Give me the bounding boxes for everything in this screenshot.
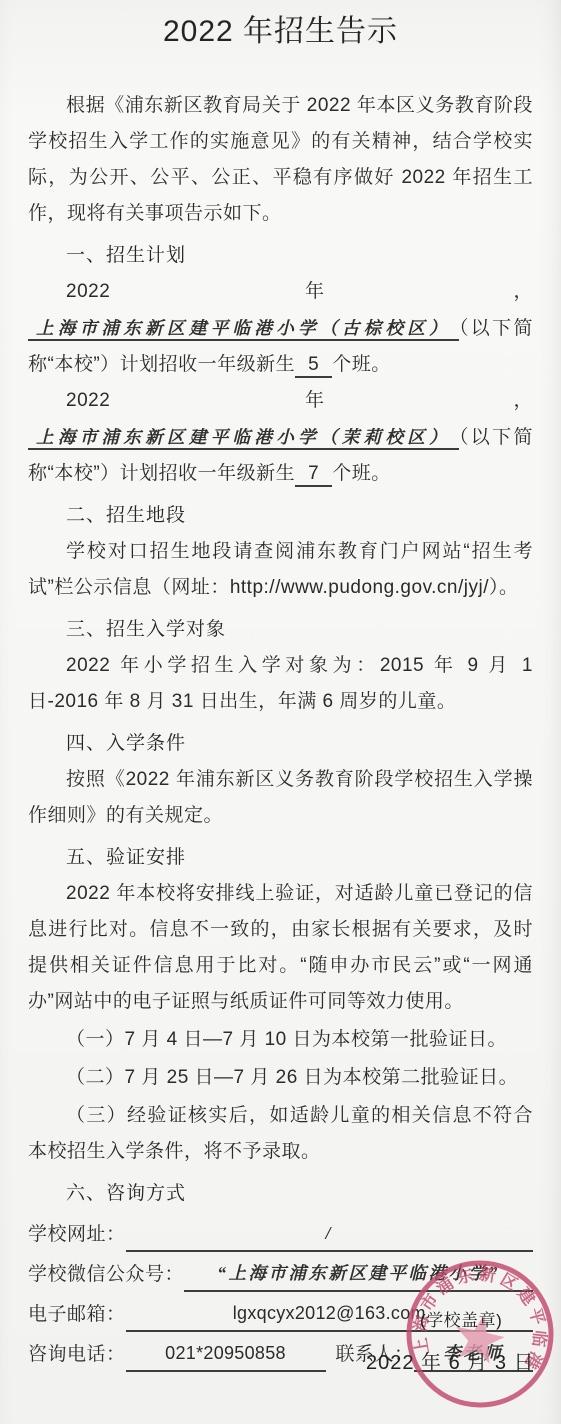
section-heading-target: 三、招生入学对象 [28,612,533,648]
target-paragraph: 2022 年小学招生入学对象为：2015 年 9 月 1 日-2016 年 8 … [28,648,533,720]
class-count-blank: 5 [295,354,332,378]
verification-batch-1: （一）7 月 4 日—7 月 10 日为本校第一批验证日。 [28,1022,533,1058]
section-heading-verification: 五、验证安排 [28,840,533,876]
stamp-note: (学校盖章) [420,1306,502,1331]
plan-item-prefix: 2022 年， [66,281,533,302]
email-label: 电子邮箱： [28,1298,126,1332]
phone-value-blank: 021*20950858 [126,1336,326,1372]
intro-paragraph: 根据《浦东新区教育局关于 2022 年本区义务教育阶段学校招生入学工作的实施意见… [28,88,533,232]
condition-paragraph: 按照《2022 年浦东新区义务教育阶段学校招生入学操作细则》的有关规定。 [28,762,533,834]
class-count-blank: 7 [295,463,332,487]
section-heading-condition: 四、入学条件 [28,726,533,762]
school-seal-stamp: 上海市浦东新区建平临港小学 [402,1256,558,1412]
section-heading-district: 二、招生地段 [28,498,533,534]
plan-item-suffix: 个班。 [332,463,391,484]
verification-paragraph: 2022 年本校将安排线上验证，对适龄儿童已登记的信息进行比对。信息不一致的，由… [28,876,533,1020]
plan-item-gusong: 2022 年，上海市浦东新区建平临港小学（古棕校区）（以下简称“本校”）计划招收… [28,274,533,383]
verification-batch-2: （二）7 月 25 日—7 月 26 日为本校第二批验证日。 [28,1060,533,1096]
section-heading-contact: 六、咨询方式 [28,1176,533,1212]
school-name-blank: 上海市浦东新区建平临港小学（古棕校区） [28,318,459,341]
document-date: 2022 年 6 月 3 日 [366,1346,535,1375]
phone-label: 咨询电话： [28,1338,126,1372]
website-value-blank: / [126,1216,533,1252]
wechat-label: 学校微信公众号： [28,1258,184,1292]
plan-item-moli: 2022 年，上海市浦东新区建平临港小学（茉莉校区）（以下简称“本校”）计划招收… [28,383,533,492]
section-heading-plan: 一、招生计划 [28,238,533,274]
school-name-blank: 上海市浦东新区建平临港小学（茉莉校区） [28,427,459,450]
district-paragraph: 学校对口招生地段请查阅浦东教育门户网站“招生考试”栏公示信息（网址：http:/… [28,534,533,606]
verification-batch-3: （三）经验证核实后，如适龄儿童的相关信息不符合本校招生入学条件，将不予录取。 [28,1098,533,1170]
website-label: 学校网址： [28,1218,126,1252]
seal-icon: 上海市浦东新区建平临港小学 [387,1241,561,1424]
plan-item-suffix: 个班。 [332,354,391,375]
document-page: 2022 年招生告示 根据《浦东新区教育局关于 2022 年本区义务教育阶段学校… [0,0,561,1424]
contact-row-website: 学校网址： / [28,1216,533,1252]
page-title: 2022 年招生告示 [28,10,533,54]
plan-item-prefix: 2022 年， [66,390,533,411]
